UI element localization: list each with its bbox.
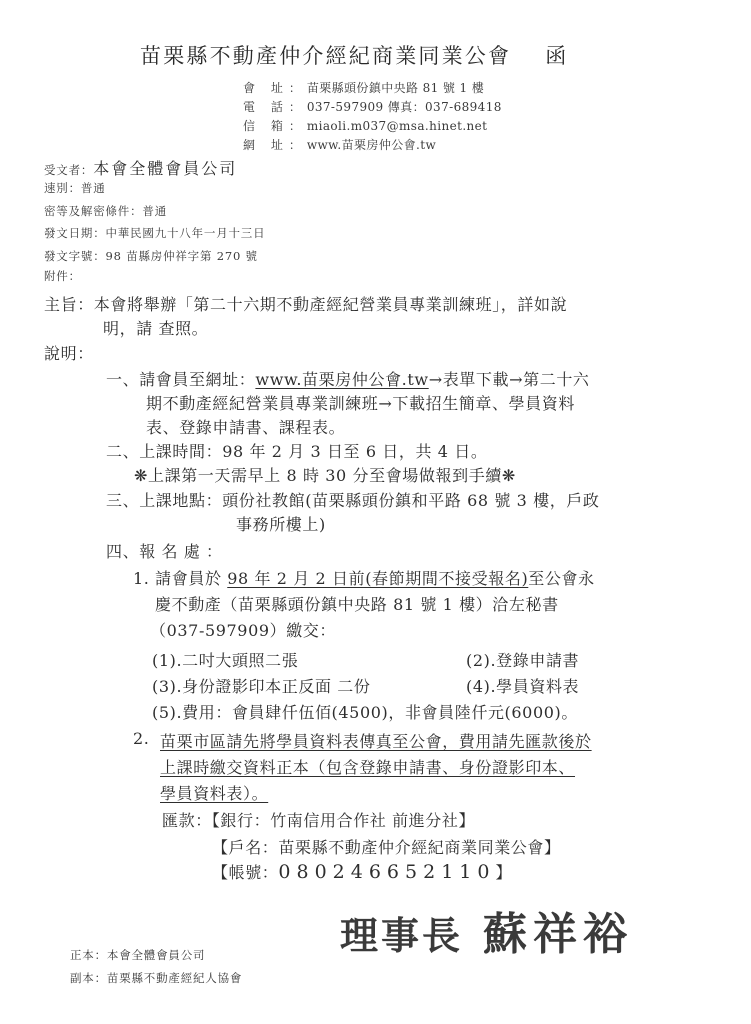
recipient-value: 本會全體會員公司	[93, 159, 237, 178]
subject-line-1: 主旨：本會將舉辦「第二十六期不動產經紀營業員專業訓練班」，詳如說	[44, 292, 567, 315]
item1-line-2: 期不動產經紀營業員專業訓練班→下載招生簡章、學員資料	[146, 391, 575, 414]
remittance-account-number: 【帳號：080246652110】	[212, 860, 512, 883]
recipient-label: 受文者：	[44, 163, 93, 177]
item4-sub2-number: 2.	[133, 729, 149, 748]
sub1-prefix: 1. 請會員於	[133, 569, 227, 588]
signature-name: 蘇祥裕	[483, 909, 633, 960]
item3-line-2: 事務所樓上)	[236, 512, 326, 535]
address-value: 苗栗縣頭份鎮中央路 81 號 1 樓	[307, 81, 484, 95]
account-number-value: 080246652110	[278, 861, 495, 883]
header-address: 會 址：苗栗縣頭份鎮中央路 81 號 1 樓	[243, 79, 484, 96]
email-value: miaoli.m037@msa.hinet.net	[307, 119, 488, 133]
item4-label: 四、報 名 處 ：	[106, 539, 223, 562]
speed-line: 速別：普通	[44, 180, 106, 196]
signature-title: 理事長	[340, 913, 463, 958]
account-number-label: 【帳號：	[212, 863, 278, 882]
item2-note: ❋上課第一天需早上 8 時 30 分至會場做報到手續❋	[134, 463, 516, 486]
item4-sub2-line-1: 苗栗市區請先將學員資料表傳真至公會，費用請先匯款後於	[160, 729, 592, 752]
item4-sub1-line-2: 慶不動產（苗栗縣頭份鎮中央路 81 號 1 樓）洽左秘書	[155, 592, 559, 615]
doc-type: 函	[545, 44, 568, 68]
sub1-rest: 至公會永	[528, 569, 594, 588]
item4-sub2-line-3: 學員資料表）。	[160, 781, 268, 804]
item4-sub2-line-2: 上課時繳交資料正本（包含登錄申請書、身份證影印本、	[160, 755, 575, 778]
attachments-line: 附件：	[44, 268, 81, 284]
subject-line-2: 明，請 查照。	[103, 316, 208, 339]
requirement-4: (4).學員資料表	[466, 674, 579, 697]
phone-value: 037-597909 傳真：037-689418	[307, 100, 502, 114]
item1-line-1: 一、請會員至網址：www.苗栗房仲公會.tw→表單下載→第二十六	[106, 367, 590, 390]
requirement-1: (1).二吋大頭照二張	[152, 648, 298, 671]
header-phone: 電 話：037-597909 傳真：037-689418	[243, 98, 502, 115]
org-title: 苗栗縣不動產仲介經紀商業同業公會函	[140, 40, 568, 70]
duplicate-copy: 副本：苗栗縣不動產經紀人協會	[70, 970, 242, 986]
requirement-2: (2).登錄申請書	[466, 648, 579, 671]
account-number-close: 】	[495, 863, 512, 882]
original-copy: 正本：本會全體會員公司	[70, 947, 205, 963]
security-line: 密等及解密條件：普通	[44, 203, 167, 219]
registration-deadline: 98 年 2 月 2 日前(春節期間不接受報名)	[227, 569, 528, 588]
item1-rest: →表單下載→第二十六	[429, 370, 590, 389]
header-website: 網 址：www.苗栗房仲公會.tw	[243, 136, 436, 153]
explanation-label: 說明：	[44, 341, 94, 364]
website-label: 網 址：	[243, 138, 307, 152]
website-link[interactable]: www.苗栗房仲公會.tw	[255, 370, 428, 389]
header-email: 信 箱：miaoli.m037@msa.hinet.net	[243, 117, 487, 134]
item3-line-1: 三、上課地點：頭份社教館(苗栗縣頭份鎮和平路 68 號 3 樓，戶政	[106, 488, 600, 511]
website-value: www.苗栗房仲公會.tw	[307, 138, 436, 152]
email-label: 信 箱：	[243, 119, 307, 133]
remittance-account-name: 【戶名：苗栗縣不動產仲介經紀商業同業公會】	[212, 835, 561, 858]
item2-line-1: 二、上課時間：98 年 2 月 3 日至 6 日，共 4 日。	[106, 439, 487, 462]
requirement-5: (5).費用：會員肆仟伍佰(4500)，非會員陸仟元(6000)。	[152, 700, 578, 723]
item1-line-3: 表、登錄申請書、課程表。	[146, 415, 345, 438]
date-line: 發文日期：中華民國九十八年一月十三日	[44, 225, 265, 241]
phone-label: 電 話：	[243, 100, 307, 114]
signature: 理事長蘇祥裕	[340, 898, 633, 962]
org-name: 苗栗縣不動產仲介經紀商業同業公會	[140, 44, 511, 68]
item1-prefix: 一、請會員至網址：	[106, 370, 255, 389]
address-label: 會 址：	[243, 81, 307, 95]
requirement-3: (3).身份證影印本正反面 二份	[152, 674, 370, 697]
doc-number-line: 發文字號：98 苗縣房仲祥字第 270 號	[44, 248, 258, 264]
item4-sub1-line-3: （037-597909）繳交：	[150, 618, 336, 641]
remittance-bank: 匯款：【銀行：竹南信用合作社 前進分社】	[162, 808, 475, 831]
item4-sub1-line-1: 1. 請會員於 98 年 2 月 2 日前(春節期間不接受報名)至公會永	[133, 566, 595, 589]
recipient-line: 受文者：本會全體會員公司	[44, 156, 237, 179]
